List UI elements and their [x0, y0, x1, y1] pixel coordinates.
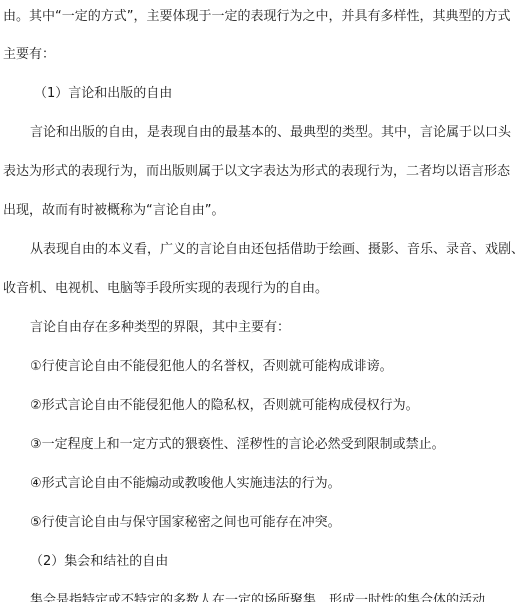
paragraph-line: 表达为形式的表现行为，而出版则属于以文字表达为形式的表现行为，二者均以语言形态 — [3, 164, 510, 180]
list-item: ③一定程度上和一定方式的猥亵性、淫秽性的言论必然受到限制或禁止。 — [30, 437, 445, 453]
paragraph-line: 从表现自由的本义看，广义的言论自由还包括借助于绘画、摄影、音乐、录音、戏剧、 — [30, 242, 523, 258]
paragraph-line: 收音机、电视机、电脑等手段所实现的表现行为的自由。 — [3, 281, 328, 297]
list-item: ⑤行使言论自由与保守国家秘密之间也可能存在冲突。 — [30, 515, 341, 531]
section-heading: （2）集会和结社的自由 — [30, 554, 168, 570]
paragraph-line: 主要有： — [3, 47, 55, 63]
list-item: ①行使言论自由不能侵犯他人的名誉权，否则就可能构成诽谤。 — [30, 359, 393, 375]
paragraph-line: 言论和出版的自由，是表现自由的最基本的、最典型的类型。其中，言论属于以口头 — [30, 125, 511, 141]
list-item: ②形式言论自由不能侵犯他人的隐私权，否则就可能构成侵权行为。 — [30, 398, 419, 414]
paragraph-line: 由。其中“一定的方式”，主要体现于一定的表现行为之中，并具有多样性，其典型的方式 — [3, 9, 510, 25]
list-item: ④形式言论自由不能煽动或教唆他人实施违法的行为。 — [30, 476, 341, 492]
paragraph-line: 言论自由存在多种类型的界限，其中主要有： — [30, 320, 290, 336]
paragraph-line: 集会是指特定或不特定的多数人在一定的场所聚集，形成一时性的集合体的活动 — [30, 593, 485, 602]
paragraph-line: 出现，故而有时被概称为“言论自由”。 — [3, 203, 224, 219]
section-heading: （1）言论和出版的自由 — [34, 86, 172, 102]
